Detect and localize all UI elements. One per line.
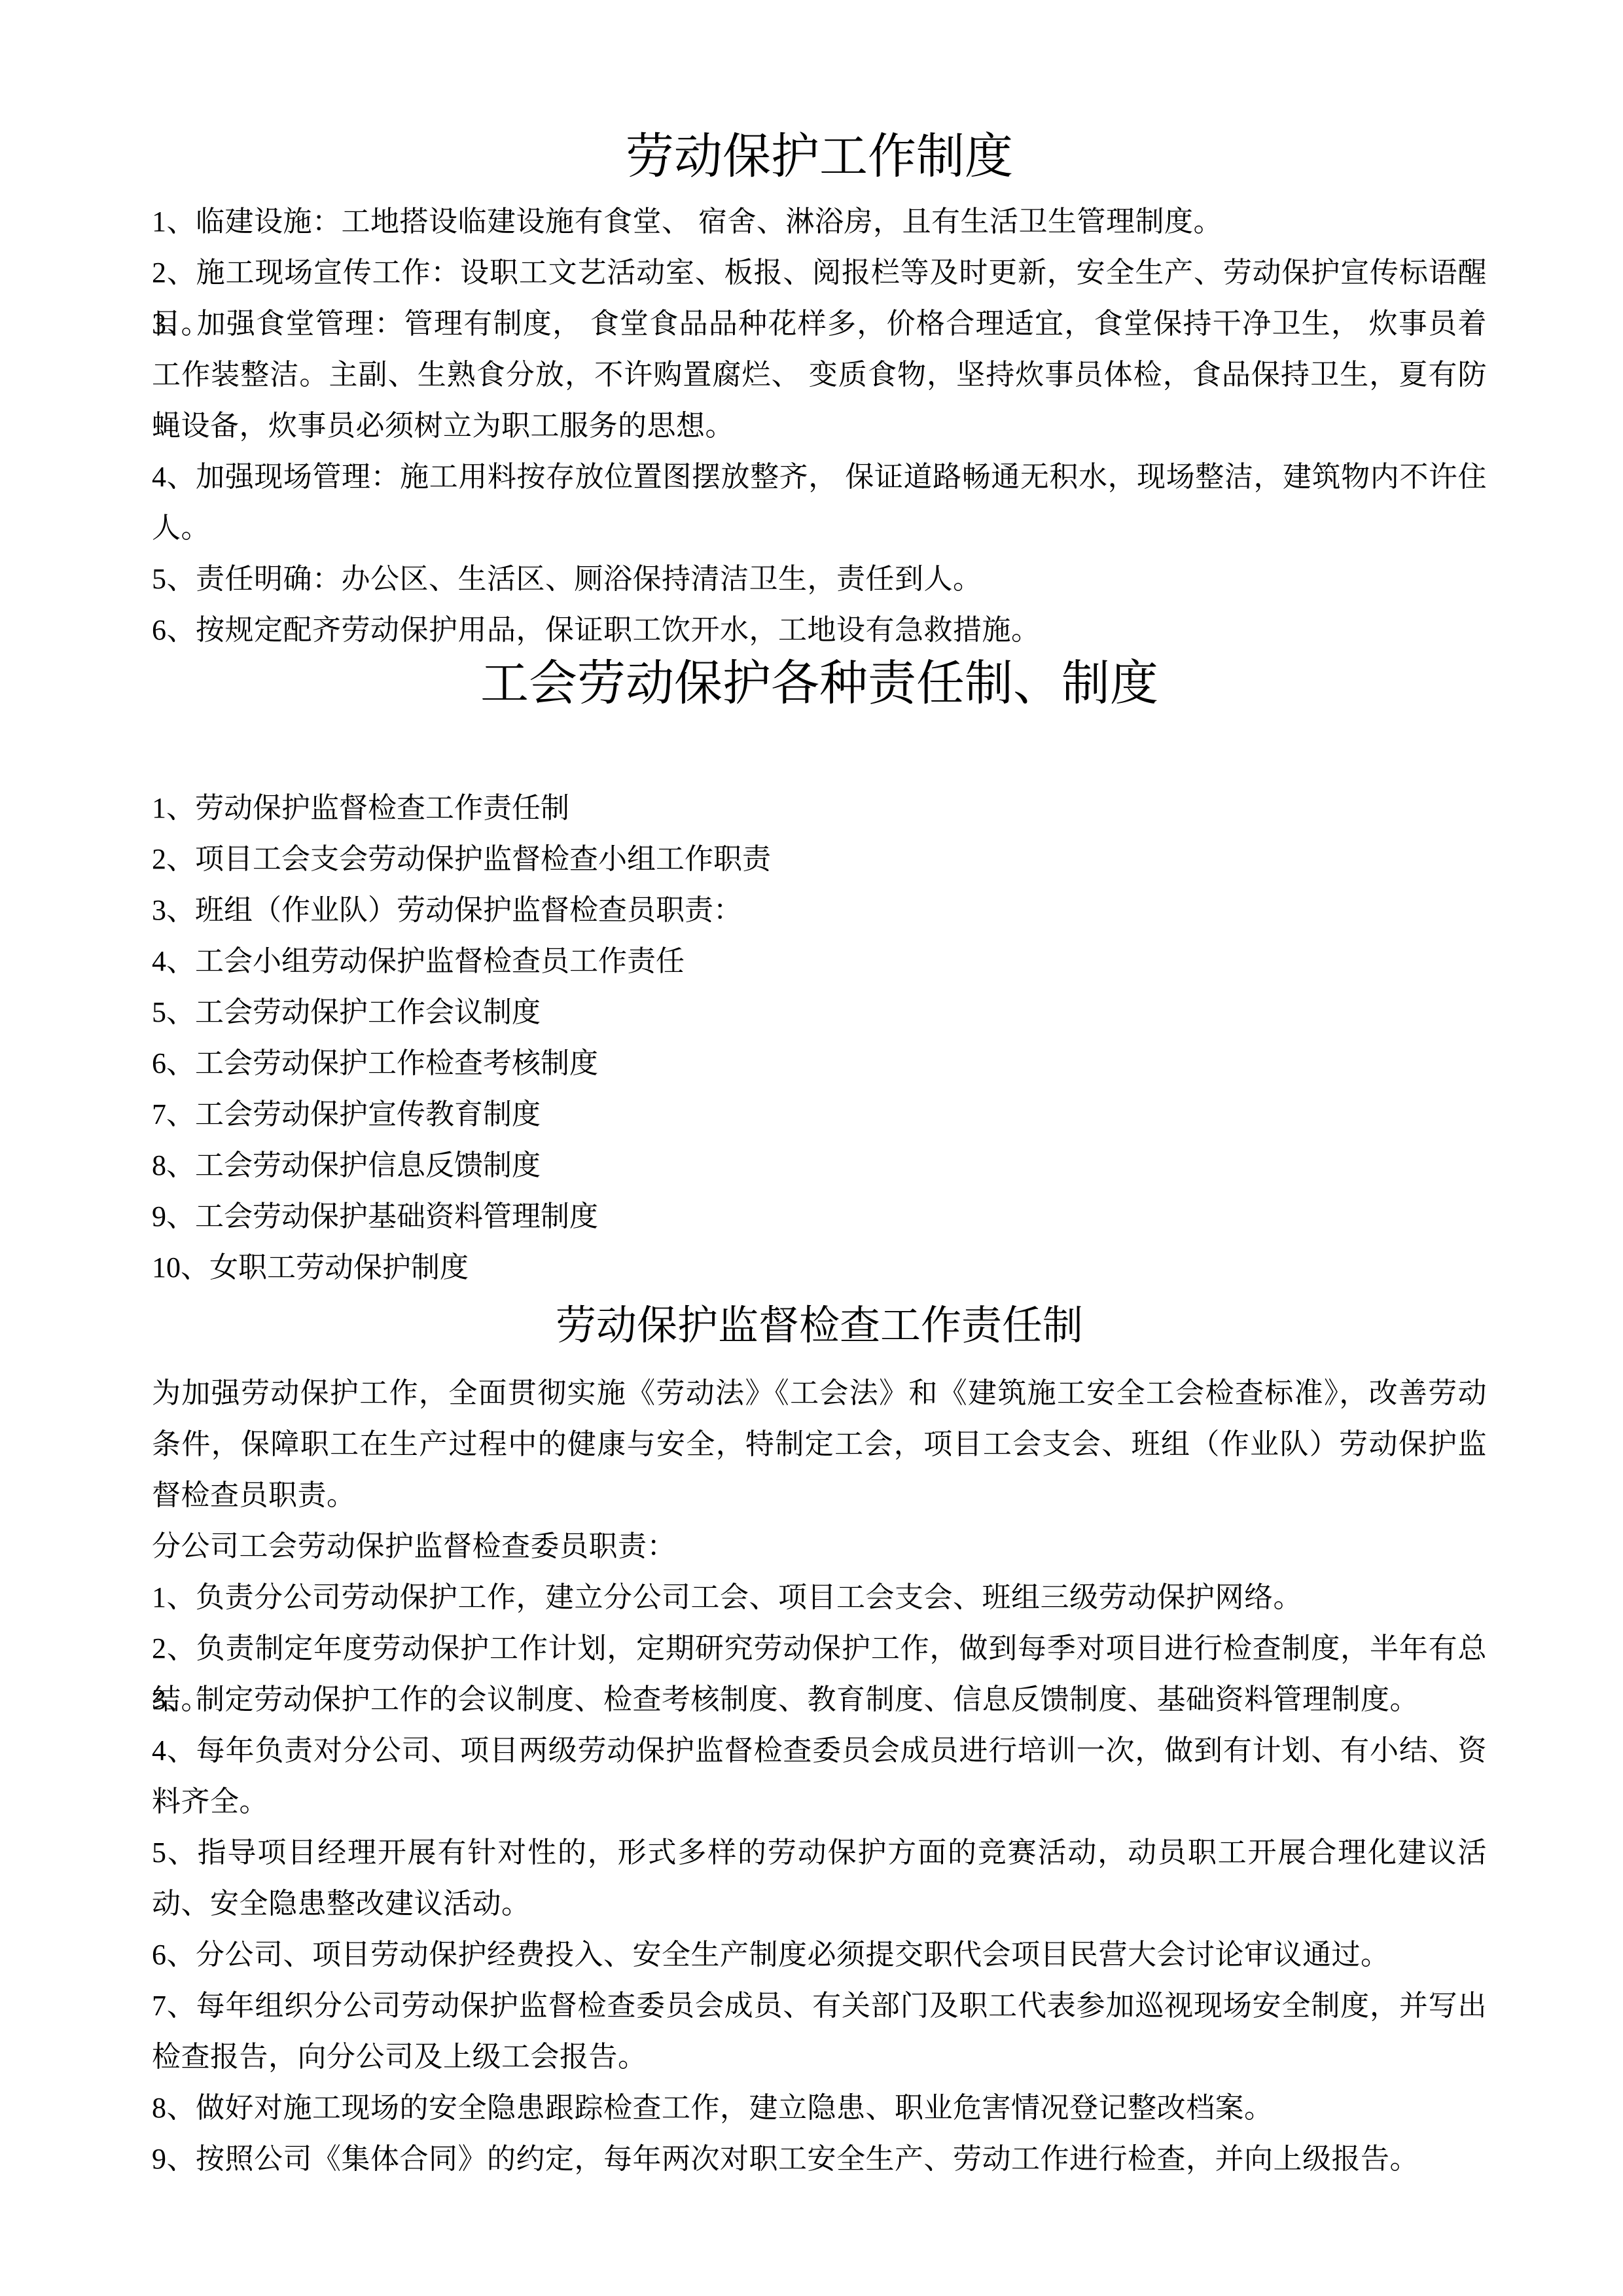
section-title-union-responsibilities: 工会劳动保护各种责任制、制度 — [152, 645, 1487, 714]
list-item: 4、工会小组劳动保护监督检查员工作责任 — [152, 942, 685, 981]
list-item: 3、班组（作业队）劳动保护监督检查员职责： — [152, 891, 742, 930]
section-title-supervision-responsibility: 劳动保护监督检查工作责任制 — [152, 1293, 1487, 1351]
list-item: 9、工会劳动保护基础资料管理制度 — [152, 1197, 598, 1236]
paragraph: 6、分公司、项目劳动保护经费投入、安全生产制度必须提交职代会项目民营大会讨论审议… — [152, 1929, 1487, 1981]
paragraph: 5、责任明确：办公区、生活区、厕浴保持清洁卫生，责任到人。 — [152, 554, 1487, 605]
intro-paragraph: 为加强劳动保护工作，全面贯彻实施《劳动法》《工会法》和《建筑施工安全工会检查标准… — [152, 1368, 1487, 1521]
paragraph: 5、指导项目经理开展有针对性的，形式多样的劳动保护方面的竞赛活动，动员职工开展合… — [152, 1827, 1487, 1929]
paragraph: 4、每年负责对分公司、项目两级劳动保护监督检查委员会成员进行培训一次，做到有计划… — [152, 1725, 1487, 1827]
paragraph: 3、制定劳动保护工作的会议制度、检查考核制度、教育制度、信息反馈制度、基础资料管… — [152, 1674, 1487, 1725]
list-item: 2、项目工会支会劳动保护监督检查小组工作职责 — [152, 840, 771, 879]
list-item: 10、女职工劳动保护制度 — [152, 1248, 469, 1287]
paragraph: 4、加强现场管理：施工用料按存放位置图摆放整齐， 保证道路畅通无积水，现场整洁，… — [152, 452, 1487, 554]
paragraph: 9、按照公司《集体合同》的约定，每年两次对职工安全生产、劳动工作进行检查，并向上… — [152, 2134, 1487, 2185]
subheading: 分公司工会劳动保护监督检查委员职责： — [152, 1521, 1487, 1572]
list-item: 5、工会劳动保护工作会议制度 — [152, 993, 541, 1032]
section-title-labor-protection: 劳动保护工作制度 — [152, 118, 1487, 187]
paragraph: 3、加强食堂管理：管理有制度， 食堂食品品种花样多，价格合理适宜，食堂保持干净卫… — [152, 298, 1487, 452]
list-item: 8、工会劳动保护信息反馈制度 — [152, 1146, 541, 1185]
paragraph: 8、做好对施工现场的安全隐患跟踪检查工作，建立隐患、职业危害情况登记整改档案。 — [152, 2083, 1487, 2134]
paragraph: 7、每年组织分公司劳动保护监督检查委员会成员、有关部门及职工代表参加巡视现场安全… — [152, 1981, 1487, 2083]
list-item: 1、劳动保护监督检查工作责任制 — [152, 789, 569, 828]
list-item: 6、工会劳动保护工作检查考核制度 — [152, 1044, 598, 1083]
list-item: 7、工会劳动保护宣传教育制度 — [152, 1095, 541, 1134]
paragraph: 1、负责分公司劳动保护工作，建立分公司工会、项目工会支会、班组三级劳动保护网络。 — [152, 1572, 1487, 1623]
paragraph: 1、临建设施：工地搭设临建设施有食堂、 宿舍、淋浴房，且有生活卫生管理制度。 — [152, 196, 1487, 247]
